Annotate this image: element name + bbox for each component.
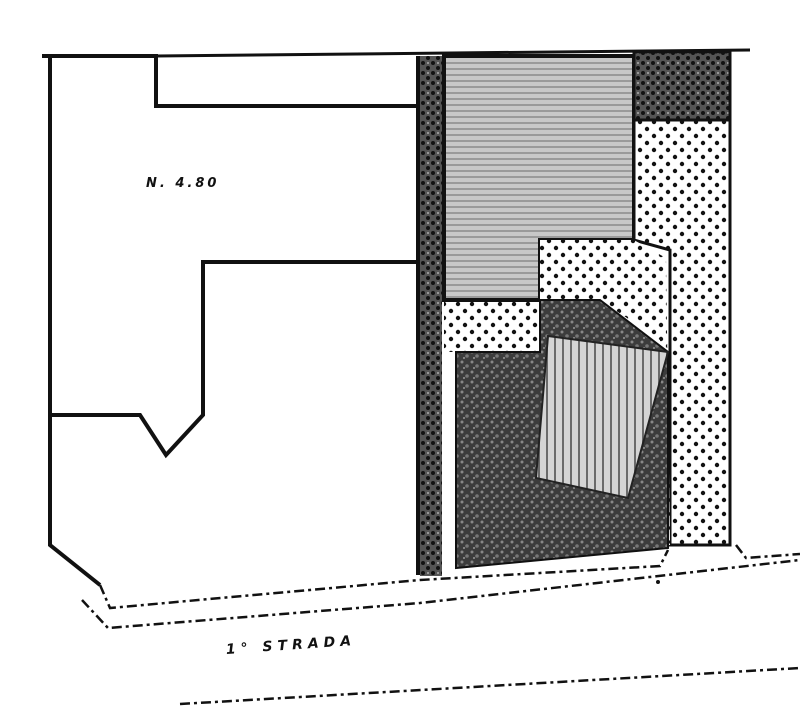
map-canvas: N. 4.80 1° STRADA xyxy=(0,0,800,706)
parcel-strip xyxy=(420,56,442,576)
parcel-dark-top xyxy=(634,52,730,120)
lot-number-label: N. 4.80 xyxy=(146,176,219,191)
plan-drawing xyxy=(0,0,800,706)
parcel-dotted-small xyxy=(444,302,540,352)
